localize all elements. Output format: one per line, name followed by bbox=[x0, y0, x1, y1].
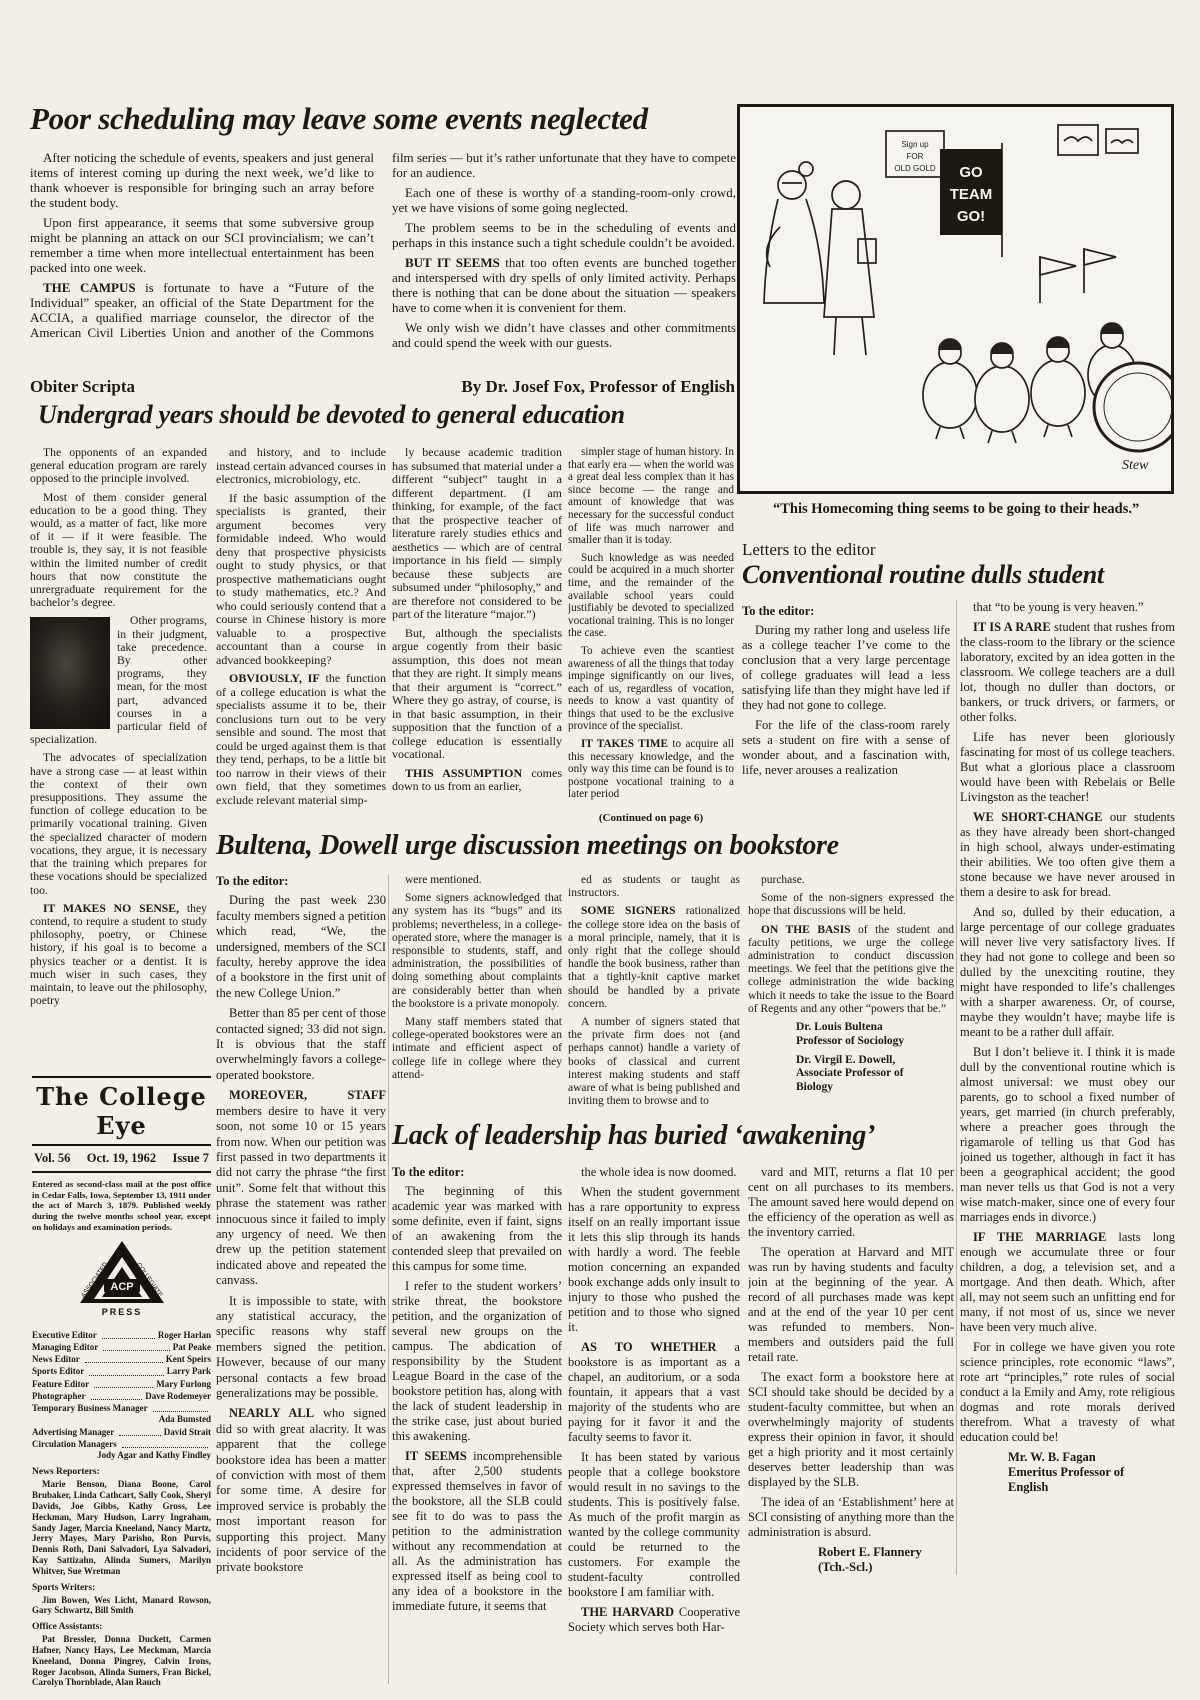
paragraph: IT IS A RARE student that rushes from th… bbox=[960, 620, 1175, 725]
paragraph: When the student government has a rare o… bbox=[568, 1185, 740, 1335]
paragraph: Some signers acknowledged that any syste… bbox=[392, 892, 562, 1011]
lack-col1: To the editor:The beginning of this acad… bbox=[392, 1165, 562, 1687]
office-label: Office Assistants: bbox=[32, 1622, 211, 1632]
paragraph: WE SHORT-CHANGE our students as they hav… bbox=[960, 810, 1175, 900]
staff-name: Roger Harlan bbox=[158, 1330, 211, 1341]
bultena-signature: Dr. Louis BultenaProfessor of Sociology bbox=[748, 1021, 954, 1049]
fox-byline: By Dr. Josef Fox, Professor of English bbox=[380, 377, 735, 397]
masthead-title: The College Eye bbox=[32, 1082, 211, 1140]
staff-role: Photographer bbox=[32, 1391, 86, 1402]
reporters-label: News Reporters: bbox=[32, 1467, 211, 1477]
signature-line: Dr. Louis Bultena bbox=[796, 1021, 954, 1035]
staff-row: Circulation ManagersJody Agar and Kathy … bbox=[32, 1439, 211, 1462]
dotted-leader bbox=[122, 1447, 208, 1448]
staff-row: Managing EditorPat Peake bbox=[32, 1342, 211, 1353]
paragraph: And so, dulled by their education, a lar… bbox=[960, 905, 1175, 1040]
staff-name: Jody Agar and Kathy Findley bbox=[97, 1450, 211, 1461]
signature-line: Dr. Virgil E. Dowell, bbox=[796, 1054, 954, 1068]
paragraph: A number of signers stated that the priv… bbox=[568, 1016, 740, 1108]
dotted-leader bbox=[153, 1411, 208, 1412]
staff-name: Ada Bumsted bbox=[159, 1414, 211, 1425]
staff-name: Pat Peake bbox=[173, 1342, 211, 1353]
staff-row: Temporary Business ManagerAda Bumsted bbox=[32, 1403, 211, 1426]
paragraph: vard and MIT, returns a flat 10 per cent… bbox=[748, 1165, 954, 1240]
dotted-leader bbox=[89, 1375, 163, 1376]
masthead-rule bbox=[32, 1076, 211, 1078]
entered-notice: Entered as second-class mail at the post… bbox=[32, 1179, 211, 1233]
signature-line: Associate Professor of bbox=[796, 1067, 954, 1081]
dotted-leader bbox=[102, 1338, 155, 1339]
paragraph: It is impossible to state, with any stat… bbox=[216, 1294, 386, 1402]
staff-name: Larry Park bbox=[167, 1366, 211, 1377]
paragraph: and history, and to include instead cert… bbox=[216, 446, 386, 487]
paragraph: IT TAKES TIME to acquire all this necess… bbox=[568, 738, 734, 801]
letters-kicker: Letters to the editor bbox=[742, 540, 876, 560]
paragraph: purchase. bbox=[748, 874, 954, 887]
cartoon-caption: “This Homecoming thing seems to be going… bbox=[737, 500, 1174, 519]
issue: Issue 7 bbox=[173, 1151, 209, 1166]
paragraph: After noticing the schedule of events, s… bbox=[30, 150, 374, 210]
staff-row: News EditorKent Speirs bbox=[32, 1354, 211, 1365]
paragraph: were mentioned. bbox=[392, 874, 562, 887]
paragraph: THE HARVARD Cooperative Society which se… bbox=[568, 1605, 740, 1635]
paragraph: To the editor: bbox=[392, 1165, 562, 1180]
fox-photo-wrap: Other programs, in their judgment, take … bbox=[30, 614, 207, 751]
signature-line: (Tch.-Scl.) bbox=[818, 1560, 954, 1575]
signature-line: Biology bbox=[796, 1081, 954, 1095]
paragraph: Some of the non-signers expressed the ho… bbox=[748, 892, 954, 918]
dotted-leader bbox=[103, 1350, 169, 1351]
signature-line: Emeritus Professor of bbox=[1008, 1465, 1175, 1480]
signature-line: Professor of Sociology bbox=[796, 1035, 954, 1049]
staff-row: Sports EditorLarry Park bbox=[32, 1366, 211, 1377]
paragraph: Life has never been gloriously fascinati… bbox=[960, 730, 1175, 805]
paragraph: IT SEEMS incomprehensible that, after 2,… bbox=[392, 1449, 562, 1614]
paragraph: NEARLY ALL who signed did so with great … bbox=[216, 1406, 386, 1575]
bultena-col4-paragraphs: purchase.Some of the non-signers express… bbox=[748, 874, 954, 1016]
staff-row: PhotographerDave Rodemeyer bbox=[32, 1391, 211, 1402]
acp-logo: ACP ASSOCIATED COLLEGIATE PRESS bbox=[32, 1237, 211, 1326]
staff-name: David Strait bbox=[164, 1427, 211, 1438]
column-rule bbox=[956, 600, 957, 1575]
continued-line: (Continued on page 6) bbox=[568, 812, 734, 824]
cartoonist-signature: Stew bbox=[1122, 458, 1149, 473]
staff-role: Feature Editor bbox=[32, 1379, 89, 1390]
top-headline: Poor scheduling may leave some events ne… bbox=[30, 103, 736, 135]
volume-line: Vol. 56 Oct. 19, 1962 Issue 7 bbox=[32, 1150, 211, 1167]
staff-role: Managing Editor bbox=[32, 1342, 98, 1353]
paragraph: The problem seems to be in the schedulin… bbox=[392, 220, 736, 250]
paragraph: The operation at Harvard and MIT was run… bbox=[748, 1245, 954, 1365]
paragraph: Such knowledge as was needed could be ac… bbox=[568, 552, 734, 640]
conventional-headline: Conventional routine dulls student bbox=[742, 561, 1175, 588]
volume: Vol. 56 bbox=[34, 1151, 70, 1166]
paragraph: ON THE BASIS of the student and faculty … bbox=[748, 924, 954, 1016]
newspaper-page: Poor scheduling may leave some events ne… bbox=[0, 0, 1200, 1700]
paragraph: It has been stated by various people tha… bbox=[568, 1450, 740, 1600]
flag-text-go2: GO! bbox=[957, 208, 985, 225]
staff-row: Executive EditorRoger Harlan bbox=[32, 1330, 211, 1341]
paragraph: ly because academic tradition has subsum… bbox=[392, 446, 562, 622]
lack-col3-paragraphs: vard and MIT, returns a flat 10 per cent… bbox=[748, 1165, 954, 1540]
sports-names: Jim Bowen, Wes Licht, Manard Rowson, Gar… bbox=[32, 1595, 211, 1617]
paragraph: simpler stage of human history. In that … bbox=[568, 446, 734, 547]
paragraph: OBVIOUSLY, IF the function of a college … bbox=[216, 672, 386, 807]
staff-name: Mary Furlong bbox=[156, 1379, 211, 1390]
obiter-kicker: Obiter Scripta bbox=[30, 377, 135, 397]
undergrad-col1: The opponents of an expanded general edu… bbox=[30, 446, 207, 1068]
staff-name: Dave Rodemeyer bbox=[145, 1391, 211, 1402]
staff-role: News Editor bbox=[32, 1354, 80, 1365]
paragraph: Most of them consider general education … bbox=[30, 491, 207, 610]
conventional-colB: that “to be young is very heaven.”IT IS … bbox=[960, 600, 1175, 1615]
dotted-leader bbox=[91, 1399, 143, 1400]
staff-row: Feature EditorMary Furlong bbox=[32, 1379, 211, 1390]
signature-line: Mr. W. B. Fagan bbox=[1008, 1450, 1175, 1465]
staff-role: Circulation Managers bbox=[32, 1439, 117, 1450]
acp-letters: ACP bbox=[110, 1281, 133, 1293]
column-rule bbox=[388, 874, 389, 1684]
undergrad-col1-top: The opponents of an expanded general edu… bbox=[30, 446, 207, 609]
lack-col3: vard and MIT, returns a flat 10 per cent… bbox=[748, 1165, 954, 1687]
undergrad-headline: Undergrad years should be devoted to gen… bbox=[38, 401, 736, 428]
paragraph: The advocates of specialization have a s… bbox=[30, 751, 207, 896]
lack-headline: Lack of leadership has buried ‘awakening… bbox=[392, 1121, 955, 1150]
paragraph: Better than 85 per cent of those contact… bbox=[216, 1006, 386, 1083]
paragraph: IT MAKES NO SENSE, they contend, to requ… bbox=[30, 902, 207, 1008]
bultena-col1: To the editor:During the past week 230 f… bbox=[216, 874, 386, 1669]
staff-row: Advertising ManagerDavid Strait bbox=[32, 1427, 211, 1438]
fagan-signature: Mr. W. B. FaganEmeritus Professor ofEngl… bbox=[960, 1450, 1175, 1495]
undergrad-col3: ly because academic tradition has subsum… bbox=[392, 446, 562, 818]
bultena-headline: Bultena, Dowell urge discussion meetings… bbox=[216, 831, 956, 860]
masthead-rule bbox=[32, 1171, 211, 1173]
sign-text-2: FOR bbox=[907, 152, 924, 161]
flag-text-go: GO bbox=[959, 164, 983, 181]
paragraph: Many staff members stated that college-o… bbox=[392, 1016, 562, 1082]
bultena-col2: were mentioned.Some signers acknowledged… bbox=[392, 874, 562, 1116]
undergrad-col1-bottom: The advocates of specialization have a s… bbox=[30, 751, 207, 1007]
paragraph: To achieve even the scantiest awareness … bbox=[568, 645, 734, 733]
undergrad-col2: and history, and to include instead cert… bbox=[216, 446, 386, 832]
paragraph: During the past week 230 faculty members… bbox=[216, 893, 386, 1001]
acp-press: PRESS bbox=[101, 1307, 142, 1317]
sign-text-1: Sign up bbox=[901, 140, 929, 149]
sign-text-3: OLD GOLD bbox=[894, 164, 936, 173]
paragraph: Upon first appearance, it seems that som… bbox=[30, 215, 374, 275]
flag-text-team: TEAM bbox=[950, 186, 993, 203]
signature-line: Robert E. Flannery bbox=[818, 1545, 954, 1560]
dotted-leader bbox=[94, 1387, 153, 1388]
conventional-colB-paragraphs: that “to be young is very heaven.”IT IS … bbox=[960, 600, 1175, 1445]
paragraph: We only wish we didn’t have classes and … bbox=[392, 320, 736, 350]
paragraph: The exact form a bookstore here at SCI s… bbox=[748, 1370, 954, 1490]
masthead: The College Eye Vol. 56 Oct. 19, 1962 Is… bbox=[32, 1072, 211, 1688]
staff-role: Sports Editor bbox=[32, 1366, 84, 1377]
staff-name: Kent Speirs bbox=[166, 1354, 211, 1365]
paragraph: Each one of these is worthy of a standin… bbox=[392, 185, 736, 215]
paragraph: THIS ASSUMPTION comes down to us from an… bbox=[392, 767, 562, 794]
conventional-colA: To the editor:During my rather long and … bbox=[742, 604, 950, 820]
masthead-rule bbox=[32, 1144, 211, 1146]
paragraph: For the life of the class-room rarely se… bbox=[742, 718, 950, 778]
office-names: Pat Bressler, Donna Duckett, Carmen Hafn… bbox=[32, 1634, 211, 1688]
homecoming-cartoon: GO TEAM GO! Sign up FOR OLD GOLD Stew bbox=[737, 104, 1174, 494]
paragraph: the whole idea is now doomed. bbox=[568, 1165, 740, 1180]
paragraph: SOME SIGNERS rationalized the college st… bbox=[568, 905, 740, 1011]
paragraph: I refer to the student workers’ strike t… bbox=[392, 1279, 562, 1444]
bultena-col4: purchase.Some of the non-signers express… bbox=[748, 874, 954, 1114]
reporters-names: Marie Benson, Diana Boone, Carol Brubake… bbox=[32, 1479, 211, 1576]
top-article-body: After noticing the schedule of events, s… bbox=[30, 150, 736, 364]
paragraph: The opponents of an expanded general edu… bbox=[30, 446, 207, 486]
paragraph: AS TO WHETHER a bookstore is as importan… bbox=[568, 1340, 740, 1445]
paragraph: IF THE MARRIAGE lasts long enough we acc… bbox=[960, 1230, 1175, 1335]
dotted-leader bbox=[119, 1435, 161, 1436]
signature-line: English bbox=[1008, 1480, 1175, 1495]
cartoon-drawing: GO TEAM GO! Sign up FOR OLD GOLD Stew bbox=[740, 107, 1171, 491]
paragraph: MOREOVER, STAFF members desire to have i… bbox=[216, 1088, 386, 1288]
paragraph: If the basic assumption of the specialis… bbox=[216, 492, 386, 668]
undergrad-col4: simpler stage of human history. In that … bbox=[568, 446, 734, 806]
staff-list: Executive EditorRoger HarlanManaging Edi… bbox=[32, 1330, 211, 1462]
staff-role: Advertising Manager bbox=[32, 1427, 114, 1438]
fox-photo bbox=[30, 617, 110, 729]
dowell-signature: Dr. Virgil E. Dowell,Associate Professor… bbox=[748, 1054, 954, 1095]
paragraph: During my rather long and useless life a… bbox=[742, 623, 950, 713]
staff-role: Executive Editor bbox=[32, 1330, 97, 1341]
paragraph: For in college we have given you rote sc… bbox=[960, 1340, 1175, 1445]
paragraph: The beginning of this academic year was … bbox=[392, 1184, 562, 1274]
lack-col2: the whole idea is now doomed.When the st… bbox=[568, 1165, 740, 1687]
paragraph: But I don’t believe it. I think it is ma… bbox=[960, 1045, 1175, 1225]
paragraph: BUT IT SEEMS that too often events are b… bbox=[392, 255, 736, 315]
paragraph: To the editor: bbox=[216, 874, 386, 889]
flannery-signature: Robert E. Flannery(Tch.-Scl.) bbox=[748, 1545, 954, 1575]
dotted-leader bbox=[85, 1362, 163, 1363]
sports-label: Sports Writers: bbox=[32, 1583, 211, 1593]
paragraph: ed as students or taught as instructors. bbox=[568, 874, 740, 900]
bultena-col3: ed as students or taught as instructors.… bbox=[568, 874, 740, 1116]
paragraph: To the editor: bbox=[742, 604, 950, 619]
date: Oct. 19, 1962 bbox=[87, 1151, 156, 1166]
paragraph: The idea of an ‘Establishment’ here at S… bbox=[748, 1495, 954, 1540]
paragraph: But, although the specialists argue coge… bbox=[392, 627, 562, 762]
staff-role: Temporary Business Manager bbox=[32, 1403, 148, 1414]
paragraph: that “to be young is very heaven.” bbox=[960, 600, 1175, 615]
